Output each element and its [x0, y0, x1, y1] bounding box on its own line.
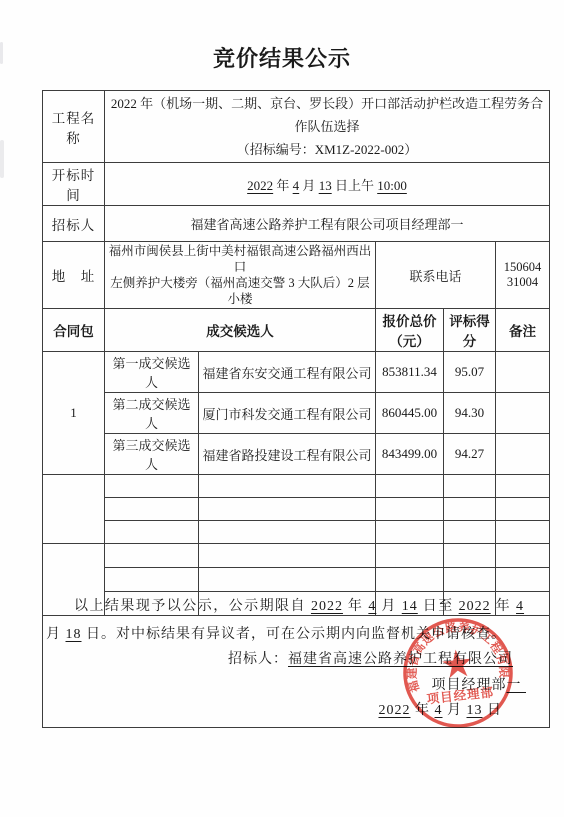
empty-cell [105, 475, 199, 498]
empty-cell [199, 521, 376, 544]
candidate-company: 福建省东安交通工程有限公司 [199, 352, 376, 393]
package-no-cell: 1 [43, 352, 105, 475]
header-price: 报价总价（元） [376, 309, 444, 352]
document-page: 竞价结果公示 工程名称 2022 年（机场一期、二期、京台、罗长段）开口部活动护… [0, 0, 564, 817]
phone-lines: 15060431004 [498, 260, 547, 290]
public-notice-paragraph: 以上结果现予以公示，公示期限自 2022 年 4 月 14 日至 2022 年 … [46, 593, 524, 648]
empty-row [43, 521, 550, 544]
candidate-row-1: 1 第一成交候选人 福建省东安交通工程有限公司 853811.34 95.07 [43, 352, 550, 393]
candidate-remark [496, 434, 550, 475]
empty-cell [376, 544, 444, 568]
candidate-remark [496, 352, 550, 393]
empty-cell [444, 568, 496, 592]
candidate-rank: 第二成交候选人 [105, 393, 199, 434]
header-package: 合同包 [43, 309, 105, 352]
header-score: 评标得分 [444, 309, 496, 352]
project-name-value: 2022 年（机场一期、二期、京台、罗长段）开口部活动护栏改造工程劳务合作队伍选… [105, 91, 550, 163]
signature-department-line: 项目经理部一 [432, 674, 527, 694]
empty-package-cell [43, 475, 105, 544]
empty-cell [199, 568, 376, 592]
project-name-lines: 2022 年（机场一期、二期、京台、罗长段）开口部活动护栏改造工程劳务合作队伍选… [107, 92, 547, 161]
results-header-row: 合同包 成交候选人 报价总价（元） 评标得分 备注 [43, 309, 550, 352]
bid-opening-value: 2022 年 4 月 13 日上午 10:00 [105, 163, 550, 206]
empty-cell [496, 544, 550, 568]
empty-cell [496, 475, 550, 498]
empty-cell [105, 521, 199, 544]
empty-cell [496, 521, 550, 544]
empty-cell [105, 544, 199, 568]
candidate-score: 94.30 [444, 393, 496, 434]
signature-date-line: 2022 年 4 月 13 日 [379, 699, 503, 719]
empty-cell [444, 498, 496, 521]
empty-cell [444, 475, 496, 498]
tenderer-row: 招标人 福建省高速公路养护工程有限公司项目经理部一 [43, 206, 550, 242]
empty-cell [444, 544, 496, 568]
project-name-row: 工程名称 2022 年（机场一期、二期、京台、罗长段）开口部活动护栏改造工程劳务… [43, 91, 550, 163]
candidate-remark [496, 393, 550, 434]
empty-cell [376, 498, 444, 521]
empty-cell [376, 521, 444, 544]
address-row: 地 址 福州市闽侯县上街中美村福银高速公路福州西出口左侧养护大楼旁（福州高速交警… [43, 242, 550, 309]
header-remark: 备注 [496, 309, 550, 352]
empty-cell [105, 568, 199, 592]
tenderer-label: 招标人 [43, 206, 105, 242]
header-candidate: 成交候选人 [105, 309, 376, 352]
empty-cell [376, 568, 444, 592]
candidate-price: 853811.34 [376, 352, 444, 393]
empty-cell [376, 475, 444, 498]
bid-opening-label: 开标时间 [43, 163, 105, 206]
phone-label: 联系电话 [376, 242, 496, 309]
empty-row [43, 475, 550, 498]
candidate-score: 95.07 [444, 352, 496, 393]
scan-artifact [0, 140, 4, 178]
address-value: 福州市闽侯县上街中美村福银高速公路福州西出口左侧养护大楼旁（福州高速交警 3 大… [105, 242, 376, 309]
candidate-company: 福建省路投建设工程有限公司 [199, 434, 376, 475]
empty-cell [105, 498, 199, 521]
address-label: 地 址 [43, 242, 105, 309]
address-lines: 福州市闽侯县上街中美村福银高速公路福州西出口左侧养护大楼旁（福州高速交警 3 大… [107, 243, 373, 307]
empty-cell [496, 568, 550, 592]
page-title: 竞价结果公示 [0, 42, 564, 73]
candidate-row-3: 第三成交候选人 福建省路投建设工程有限公司 843499.00 94.27 [43, 434, 550, 475]
empty-cell [199, 475, 376, 498]
empty-row [43, 544, 550, 568]
empty-cell [199, 498, 376, 521]
tenderer-value: 福建省高速公路养护工程有限公司项目经理部一 [105, 206, 550, 242]
bid-opening-row: 开标时间 2022 年 4 月 13 日上午 10:00 [43, 163, 550, 206]
candidate-score: 94.27 [444, 434, 496, 475]
phone-value: 15060431004 [496, 242, 550, 309]
empty-row [43, 568, 550, 592]
candidate-price: 860445.00 [376, 393, 444, 434]
empty-cell [444, 521, 496, 544]
signature-tenderer-line: 招标人：福建省高速公路养护工程有限公司 [228, 648, 513, 668]
candidate-rank: 第三成交候选人 [105, 434, 199, 475]
empty-row [43, 498, 550, 521]
empty-cell [199, 544, 376, 568]
candidate-row-2: 第二成交候选人 厦门市科发交通工程有限公司 860445.00 94.30 [43, 393, 550, 434]
candidate-price: 843499.00 [376, 434, 444, 475]
project-name-label: 工程名称 [43, 91, 105, 163]
candidate-company: 厦门市科发交通工程有限公司 [199, 393, 376, 434]
candidate-rank: 第一成交候选人 [105, 352, 199, 393]
empty-cell [496, 498, 550, 521]
